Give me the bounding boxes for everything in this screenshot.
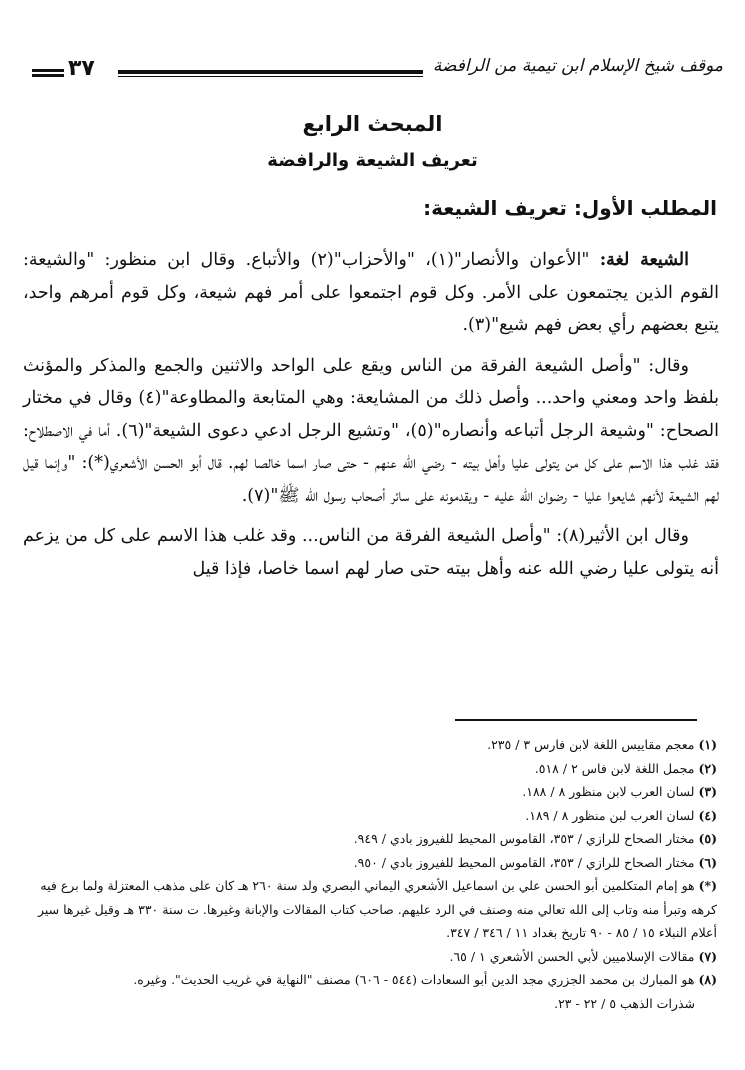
paragraph-1: الشيعة لغة: "الأعوان والأنصار"(١)، "والأ…: [23, 244, 719, 342]
paragraph-3: وقال ابن الأثير(٨): "وأصل الشيعة الفرقة …: [23, 520, 719, 585]
footnote-number: (٦): [698, 855, 717, 870]
footnote-continuation: شذرات الذهب ٥ / ٢٢ - ٢٣.: [25, 992, 717, 1016]
paragraph-text: وقال: "وأصل الشيعة الفرقة من الناس ويقع …: [23, 356, 719, 506]
paragraph-text: وقال ابن الأثير(٨): "وأصل الشيعة الفرقة …: [23, 526, 719, 579]
footnotes: (١) معجم مقاييس اللغة لابن فارس ٣ / ٢٣٥.…: [25, 733, 717, 1015]
footnote: (*) هو إمام المتكلمين أبو الحسن علي بن ا…: [25, 874, 717, 945]
footnote: (٨) هو المبارك بن محمد الجزري مجد الدين …: [25, 968, 717, 992]
footnote: (١) معجم مقاييس اللغة لابن فارس ٣ / ٢٣٥.: [25, 733, 717, 757]
section-heading: المطلب الأول: تعريف الشيعة:: [423, 196, 717, 220]
running-header: ٣٧ موقف شيخ الإسلام ابن تيمية من الرافضة: [28, 56, 723, 90]
footnote-rule: [455, 719, 697, 721]
footnote-number: (٨): [698, 972, 717, 987]
header-rule: [118, 70, 423, 77]
footnote: (٣) لسان العرب لابن منظور ٨ / ١٨٨.: [25, 780, 717, 804]
page-number-ornament: [32, 69, 64, 79]
footnote-number: (٤): [698, 808, 717, 823]
footnote-text: هو إمام المتكلمين أبو الحسن علي بن اسماع…: [38, 878, 717, 940]
body-text: الشيعة لغة: "الأعوان والأنصار"(١)، "والأ…: [23, 244, 719, 593]
footnote-number: (٧): [698, 949, 717, 964]
page-number: ٣٧: [68, 56, 95, 81]
footnote-number: (*): [699, 878, 717, 893]
footnote: (٢) مجمل اللغة لابن فاس ٢ / ٥١٨.: [25, 757, 717, 781]
footnote: (٤) لسان العرب لبن منظور ٨ / ١٨٩.: [25, 804, 717, 828]
footnote-text: مختار الصحاح للرازي / ٣٥٣، القاموس المحي…: [354, 831, 699, 846]
footnote-text: لسان العرب لابن منظور ٨ / ١٨٨.: [522, 784, 698, 799]
subject-heading: تعريف الشيعة والرافضة: [0, 150, 745, 171]
footnote-text: مختار الصحاح للرازي / ٣٥٣، القاموس المحي…: [354, 855, 699, 870]
book-page: ٣٧ موقف شيخ الإسلام ابن تيمية من الرافضة…: [0, 0, 745, 1070]
footnote-text: مجمل اللغة لابن فاس ٢ / ٥١٨.: [535, 761, 699, 776]
footnote: (٦) مختار الصحاح للرازي / ٣٥٣، القاموس ا…: [25, 851, 717, 875]
footnote-text: معجم مقاييس اللغة لابن فارس ٣ / ٢٣٥.: [487, 737, 698, 752]
running-title: موقف شيخ الإسلام ابن تيمية من الرافضة: [433, 56, 723, 76]
footnote-number: (٣): [698, 784, 717, 799]
footnote: (٥) مختار الصحاح للرازي / ٣٥٣، القاموس ا…: [25, 827, 717, 851]
footnote: (٧) مقالات الإسلاميين لأبي الحسن الأشعري…: [25, 945, 717, 969]
chapter-heading: المبحث الرابع: [0, 112, 745, 136]
footnote-text: مقالات الإسلاميين لأبي الحسن الأشعري ١ /…: [449, 949, 698, 964]
footnote-text: هو المبارك بن محمد الجزري مجد الدين أبو …: [133, 972, 698, 987]
paragraph-2: وقال: "وأصل الشيعة الفرقة من الناس ويقع …: [23, 350, 719, 513]
footnote-text: لسان العرب لبن منظور ٨ / ١٨٩.: [525, 808, 698, 823]
footnote-number: (٥): [698, 831, 717, 846]
footnote-number: (١): [698, 737, 717, 752]
footnote-number: (٢): [698, 761, 717, 776]
paragraph-lead: الشيعة لغة:: [600, 250, 689, 270]
